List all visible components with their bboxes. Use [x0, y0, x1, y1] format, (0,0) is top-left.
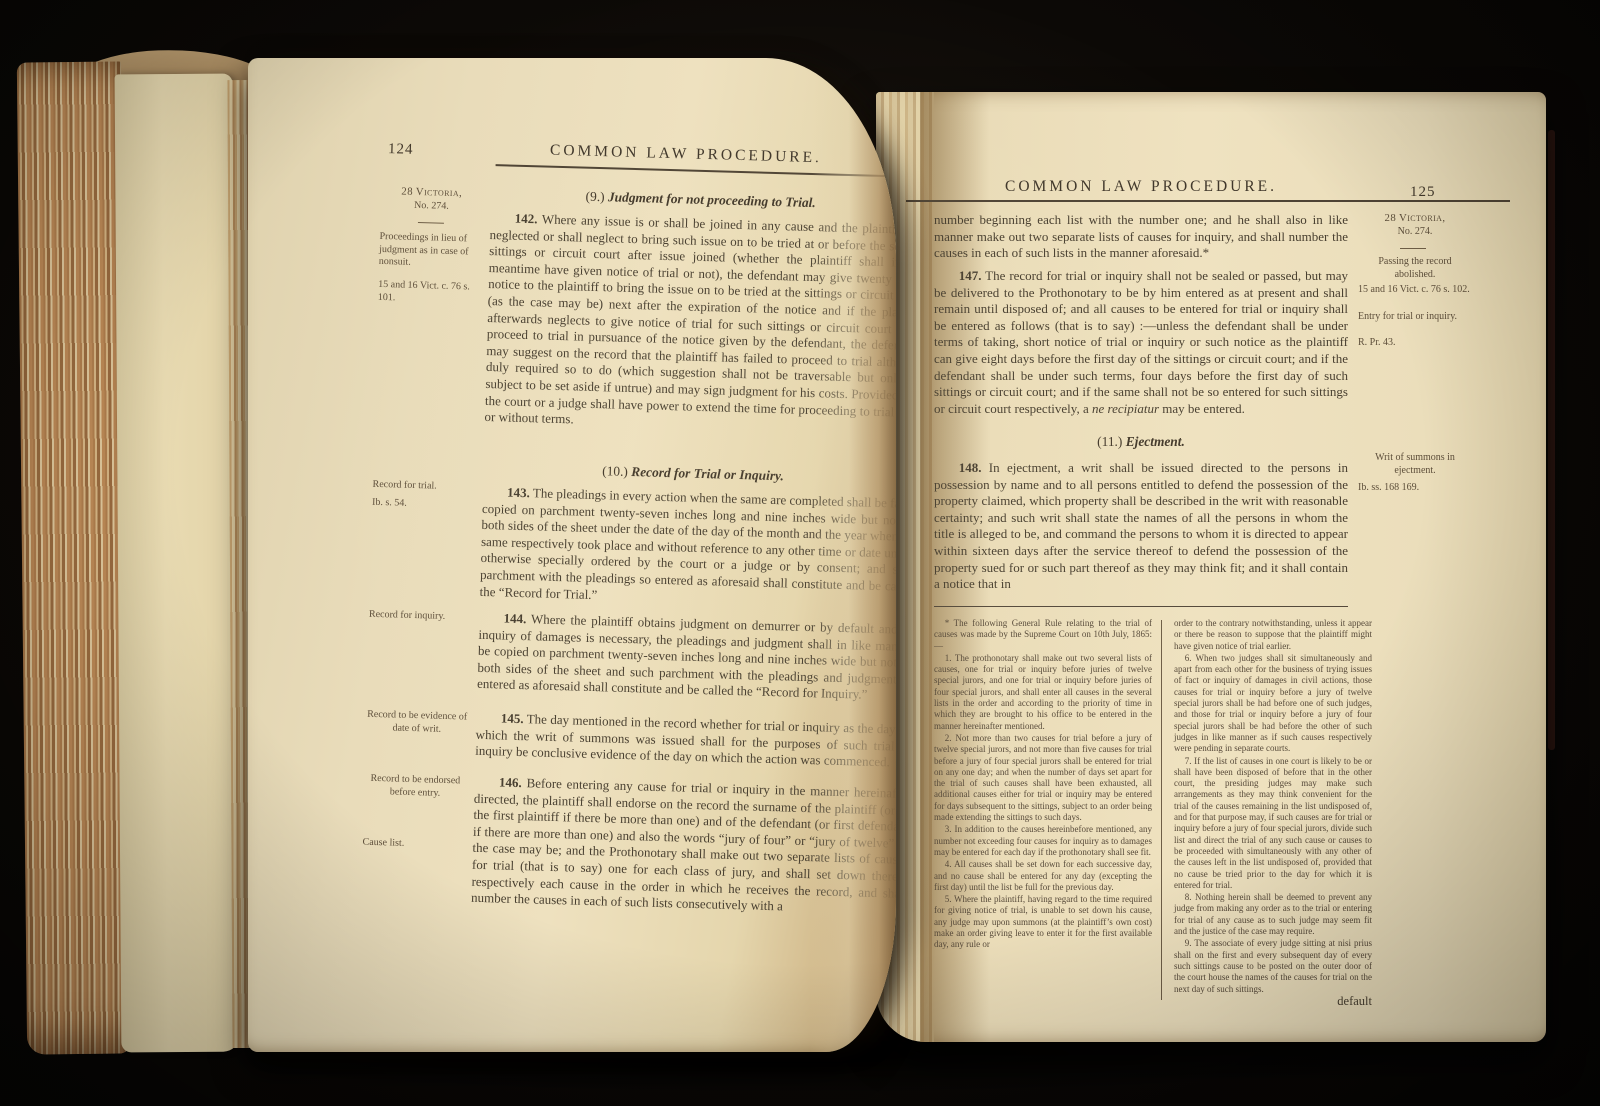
- margin-note: 15 and 16 Vict. c. 76 s. 102.: [1358, 284, 1472, 297]
- section-number: 144.: [503, 611, 526, 627]
- paragraph-text: Before entering any cause for trial or i…: [471, 775, 896, 913]
- margin-note-statute-no: No. 274.: [380, 199, 482, 214]
- margin-note-statute-no: No. 274.: [1358, 226, 1472, 239]
- section-heading-title: Record for Trial or Inquiry.: [631, 464, 784, 483]
- footnote-paragraph: 2. Not more than two causes for trial be…: [934, 733, 1152, 823]
- flyleaf-page: [115, 74, 240, 1053]
- margin-note: Record to be evidence of date of writ.: [366, 709, 469, 737]
- footnote-paragraph: 5. Where the plaintiff, having regard to…: [934, 894, 1152, 950]
- running-head-left: COMMON LAW PROCEDURE.: [498, 140, 874, 168]
- section-heading-title: Ejectment.: [1126, 434, 1185, 449]
- paragraph-text: Where any issue is or shall be joined in…: [484, 211, 896, 426]
- paragraph-text: In ejectment, a writ shall be issued dir…: [934, 460, 1348, 591]
- photo-background: COMMON LAW PROCEDURE. 125 28 Victoria, N…: [0, 0, 1600, 1106]
- section-number: 143.: [507, 485, 530, 501]
- paragraph-text: The day mentioned in the record whether …: [475, 711, 896, 769]
- right-page: COMMON LAW PROCEDURE. 125 28 Victoria, N…: [876, 92, 1546, 1042]
- section-heading-11: (11.) Ejectment.: [934, 434, 1348, 450]
- paragraph-continuation: number beginning each list with the numb…: [934, 212, 1348, 262]
- left-page: 124 COMMON LAW PROCEDURE. 28 Victoria, N…: [248, 58, 896, 1052]
- page-number-right: 125: [1410, 184, 1436, 201]
- footnote-paragraph: 3. In addition to the causes hereinbefor…: [934, 824, 1152, 858]
- section-number: 142.: [515, 211, 538, 227]
- fore-edge-page-stack: [17, 61, 131, 1054]
- section-heading-9: (9.) Judgment for not proceeding to Tria…: [491, 186, 896, 214]
- left-page-content: 124 COMMON LAW PROCEDURE. 28 Victoria, N…: [248, 58, 896, 1052]
- header-rule-right: [906, 200, 1510, 202]
- paragraph-text: may be entered.: [1159, 401, 1245, 416]
- margin-note: Writ of summons in ejectment.: [1358, 452, 1472, 477]
- page-number-left: 124: [388, 141, 414, 159]
- footnote-right-column: order to the contrary notwithstanding, u…: [1174, 618, 1372, 1008]
- margin-note: Passing the record abolished.: [1358, 256, 1472, 281]
- footnote-paragraph: 6. When two judges shall sit simultaneou…: [1174, 653, 1372, 755]
- footnote-rule: [934, 606, 1348, 607]
- margin-note: Record for inquiry.: [369, 609, 471, 624]
- paragraph-146: 146. Before entering any cause for trial…: [471, 774, 896, 919]
- paragraph-142: 142. Where any issue is or shall be join…: [484, 210, 896, 438]
- footnote-paragraph: 1. The prothonotary shall make out two s…: [934, 653, 1152, 732]
- section-number: 146.: [499, 774, 522, 790]
- section-number: 145.: [501, 710, 524, 726]
- catchword: default: [1174, 996, 1372, 1007]
- margin-note: Record for trial.: [372, 479, 474, 494]
- paragraph-144: 144. Where the plaintiff obtains judgmen…: [477, 610, 896, 705]
- section-number: 147.: [959, 268, 982, 283]
- section-heading-number: (11.): [1097, 434, 1122, 449]
- footnote-paragraph: order to the contrary notwithstanding, u…: [1174, 618, 1372, 652]
- footnote-paragraph: 7. If the list of causes in one court is…: [1174, 756, 1372, 892]
- margin-note: R. Pr. 43.: [1358, 337, 1472, 350]
- margin-note-divider: [418, 222, 444, 224]
- margin-note: Entry for trial or inquiry.: [1358, 311, 1472, 324]
- footnote-column-divider: [1161, 620, 1162, 1000]
- paragraph-text: Where the plaintiff obtains judgment on …: [477, 611, 896, 702]
- paragraph-145: 145. The day mentioned in the record whe…: [475, 710, 896, 772]
- paragraph-143: 143. The pleadings in every action when …: [479, 484, 896, 612]
- section-heading-number: (10.): [602, 463, 628, 479]
- paragraph-text: The pleadings in every action when the s…: [479, 485, 896, 601]
- margin-note: Cause list.: [362, 837, 464, 852]
- margin-note: Record to be endorsed before entry.: [364, 773, 467, 801]
- section-heading-10: (10.) Record for Trial or Inquiry.: [483, 460, 896, 488]
- paragraph-147: 147. The record for trial or inquiry sha…: [934, 268, 1348, 417]
- footnote-paragraph: * The following General Rule relating to…: [934, 618, 1152, 652]
- book-cover-edge: [1548, 130, 1555, 750]
- margin-note-statute: 28 Victoria,: [381, 185, 483, 200]
- margin-note: Ib. ss. 168 169.: [1358, 482, 1472, 495]
- margin-note: Ib. s. 54.: [372, 497, 474, 512]
- running-head-right: COMMON LAW PROCEDURE.: [934, 178, 1348, 196]
- footnote-paragraph: 4. All causes shall be set down for each…: [934, 859, 1152, 893]
- margin-note-statute: 28 Victoria,: [1358, 212, 1472, 225]
- footnote-paragraph: 9. The associate of every judge sitting …: [1174, 938, 1372, 994]
- margin-note: 15 and 16 Vict. c. 76 s. 101.: [378, 279, 481, 307]
- paragraph-148: 148. In ejectment, a writ shall be issue…: [934, 460, 1348, 593]
- section-heading-number: (9.): [585, 189, 604, 205]
- latin-phrase: ne recipiatur: [1092, 401, 1159, 416]
- footnote-left-column: * The following General Rule relating to…: [934, 618, 1152, 952]
- section-number: 148.: [959, 460, 982, 475]
- section-heading-title: Judgment for not proceeding to Trial.: [608, 189, 816, 210]
- footnote-paragraph: 8. Nothing herein shall be deemed to pre…: [1174, 892, 1372, 937]
- margin-note-divider: [1400, 248, 1426, 249]
- paragraph-text: The record for trial or inquiry shall no…: [934, 268, 1348, 416]
- margin-note: Proceedings in lieu of judgment as in ca…: [379, 231, 482, 272]
